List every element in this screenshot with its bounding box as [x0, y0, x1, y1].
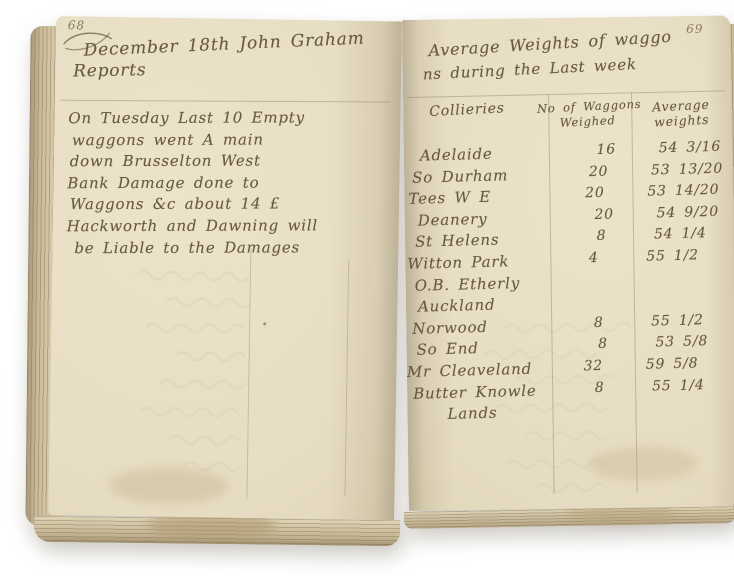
- entry-body-line: be Liable to the Damages: [66, 237, 386, 260]
- average-weight: 54 3/16: [648, 139, 726, 157]
- waggons-count: 16: [565, 141, 648, 159]
- waggons-count: 20: [553, 184, 636, 202]
- ghost-stroke: [485, 349, 597, 359]
- ghost-stroke: [166, 298, 250, 307]
- ruled-line: [407, 90, 725, 98]
- ghost-stroke: [146, 323, 244, 333]
- colliery-name: O.B. Etherly: [405, 273, 559, 295]
- entry-date-heading: December 18th John Graham: [83, 29, 365, 61]
- entry-body-line: On Tuesday Last 10 Empty: [68, 107, 388, 130]
- ruled-line: [61, 100, 391, 103]
- column-header-average: Average weights: [641, 96, 722, 130]
- ghost-stroke: [526, 431, 610, 440]
- table-title-line2: ns during the Last week: [422, 55, 637, 83]
- entry-body: On Tuesday Last 10 Emptywaggons went A m…: [66, 108, 388, 264]
- column-header-waggons: No of Waggons Weighed: [537, 97, 638, 132]
- photo-background: 68 December 18th John Graham Reports On …: [0, 0, 734, 576]
- notebook: 68 December 18th John Graham Reports On …: [26, 4, 726, 552]
- ghost-stroke: [137, 271, 249, 281]
- ghost-stroke: [515, 375, 613, 384]
- left-page: 68 December 18th John Graham Reports On …: [48, 16, 402, 520]
- page-number-right: 69: [686, 22, 703, 36]
- colliery-name: Adelaide: [404, 143, 565, 165]
- entry-body-line: waggons went A main: [68, 129, 388, 152]
- average-weight: 54 9/20: [645, 203, 726, 221]
- column-header-collieries: Collieries: [429, 101, 505, 120]
- show-through-writing: [104, 267, 367, 481]
- ink-speck: [263, 322, 266, 325]
- entry-reports-heading: Reports: [73, 60, 147, 81]
- ghost-stroke: [176, 352, 246, 361]
- ghost-stroke: [495, 403, 607, 413]
- colliery-name: Witton Park: [405, 251, 552, 273]
- average-weight: 54 1/4: [643, 225, 727, 243]
- waggons-count: 20: [557, 162, 640, 180]
- ghost-stroke: [160, 380, 244, 389]
- waggons-count: 20: [562, 205, 645, 223]
- table-header: Collieries No of Waggons Weighed Average…: [403, 97, 731, 102]
- colliery-name: So Durham: [404, 165, 557, 187]
- average-weight: 53 13/20: [640, 160, 726, 178]
- waggons-count: 8: [560, 227, 643, 245]
- colliery-name: Deanery: [405, 208, 563, 230]
- entry-body-line: down Brusselton West: [68, 150, 388, 173]
- colliery-name: Tees W E: [404, 186, 553, 208]
- average-weight: 53 14/20: [636, 182, 726, 200]
- ghost-stroke: [169, 436, 239, 445]
- ghost-stroke: [140, 407, 238, 417]
- right-page: 69 Average Weights of waggo ns during th…: [402, 15, 734, 511]
- colliery-name: Auckland: [406, 294, 563, 316]
- entry-body-line: Bank Damage done to: [67, 172, 387, 195]
- waggons-count: 4: [552, 249, 635, 267]
- ghost-stroke: [536, 483, 606, 492]
- column-header-average-line2: weights: [641, 111, 722, 130]
- colliery-name: St Helens: [405, 229, 560, 251]
- entry-body-line: Waggons &c about 14 £: [67, 193, 387, 216]
- ghost-stroke: [504, 323, 630, 333]
- entry-body-line: Hackworth and Dawning will: [67, 215, 387, 238]
- average-weight: 55 1/2: [635, 247, 727, 265]
